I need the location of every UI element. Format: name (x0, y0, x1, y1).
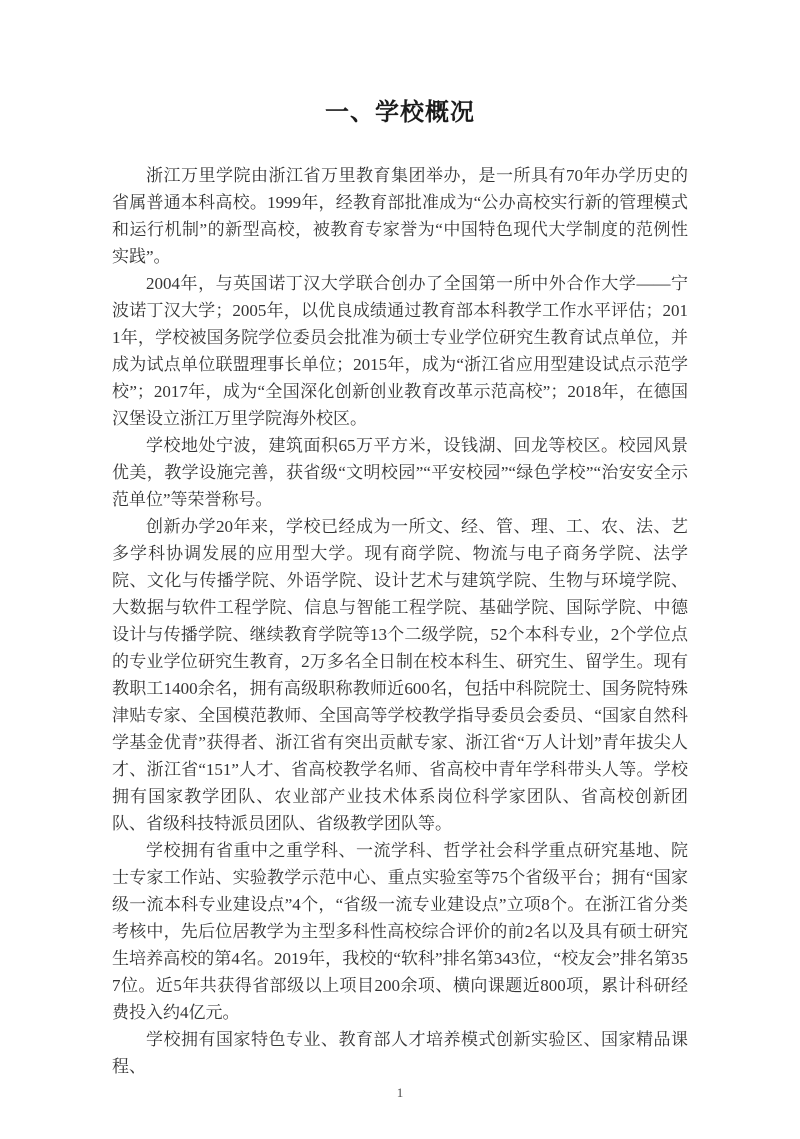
document-page: 一、学校概况 浙江万里学院由浙江省万里教育集团举办，是一所具有70年办学历史的省… (0, 0, 800, 1139)
paragraph: 浙江万里学院由浙江省万里教育集团举办，是一所具有70年办学历史的省属普通本科高校… (112, 162, 688, 270)
page-title: 一、学校概况 (112, 97, 688, 129)
paragraph: 学校拥有国家特色专业、教育部人才培养模式创新实验区、国家精品课程、 (112, 1026, 688, 1080)
document-body: 浙江万里学院由浙江省万里教育集团举办，是一所具有70年办学历史的省属普通本科高校… (112, 162, 688, 1080)
paragraph: 学校拥有省重中之重学科、一流学科、哲学社会科学重点研究基地、院士专家工作站、实验… (112, 837, 688, 1026)
page-number: 1 (112, 1085, 688, 1101)
page-content: 一、学校概况 浙江万里学院由浙江省万里教育集团举办，是一所具有70年办学历史的省… (0, 0, 800, 1101)
paragraph: 创新办学20年来，学校已经成为一所文、经、管、理、工、农、法、艺多学科协调发展的… (112, 513, 688, 837)
paragraph: 学校地处宁波，建筑面积65万平方米，设钱湖、回龙等校区。校园风景优美，教学设施完… (112, 432, 688, 513)
paragraph: 2004年，与英国诺丁汉大学联合创办了全国第一所中外合作大学——宁波诺丁汉大学；… (112, 270, 688, 432)
